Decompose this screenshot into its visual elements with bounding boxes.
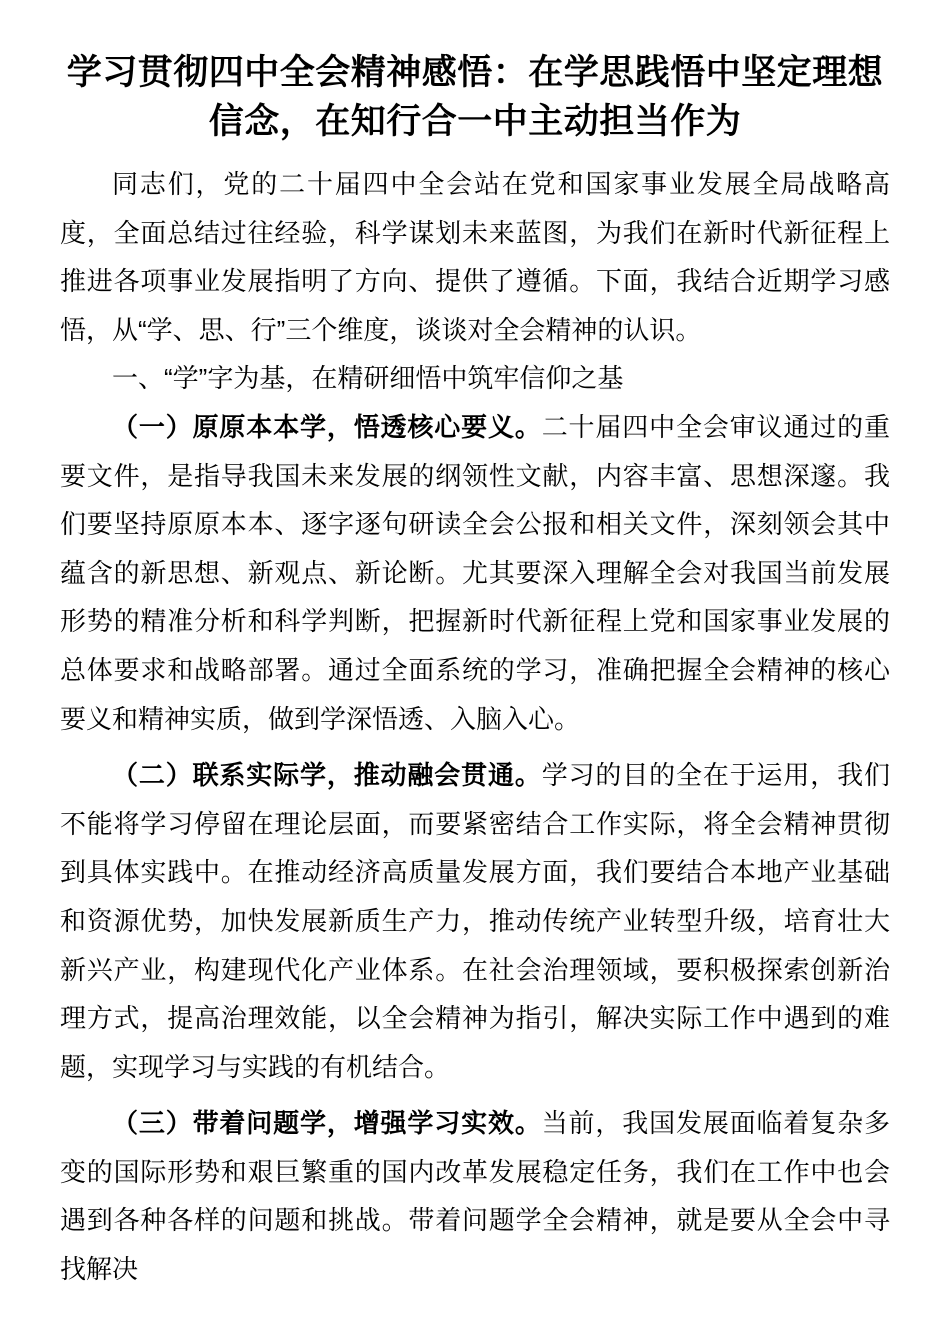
paragraph: （一）原原本本学，悟透核心要义。二十届四中全会审议通过的重要文件，是指导我国未来… <box>60 403 890 743</box>
document-body: 同志们，党的二十届四中全会站在党和国家事业发展全局战略高度，全面总结过往经验，科… <box>60 160 890 1294</box>
paragraph: （三）带着问题学，增强学习实效。当前，我国发展面临着复杂多变的国际形势和艰巨繁重… <box>60 1099 890 1293</box>
paragraph: 同志们，党的二十届四中全会站在党和国家事业发展全局战略高度，全面总结过往经验，科… <box>60 160 890 354</box>
document-title: 学习贯彻四中全会精神感悟：在学思践悟中坚定理想信念，在知行合一中主动担当作为 <box>60 48 890 146</box>
paragraph-lead: （三）带着问题学，增强学习实效。 <box>112 1108 542 1138</box>
paragraph: （二）联系实际学，推动融会贯通。学习的目的全在于运用，我们不能将学习停留在理论层… <box>60 751 890 1091</box>
document-page: 学习贯彻四中全会精神感悟：在学思践悟中坚定理想信念，在知行合一中主动担当作为 同… <box>0 0 950 1344</box>
paragraph-lead: （二）联系实际学，推动融会贯通。 <box>112 760 542 790</box>
paragraph-text: 二十届四中全会审议通过的重要文件，是指导我国未来发展的纲领性文献，内容丰富、思想… <box>60 412 890 734</box>
paragraph-text: 学习的目的全在于运用，我们不能将学习停留在理论层面，而要紧密结合工作实际，将全会… <box>60 760 890 1082</box>
section-heading: 一、“学”字为基，在精研细悟中筑牢信仰之基 <box>60 354 890 403</box>
paragraph-lead: （一）原原本本学，悟透核心要义。 <box>112 412 542 442</box>
